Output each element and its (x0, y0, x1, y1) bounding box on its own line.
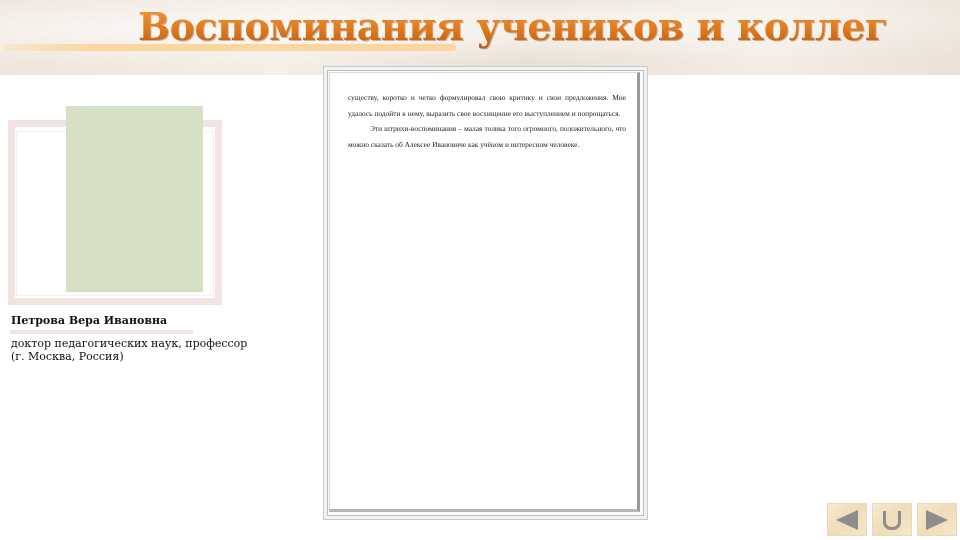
person-location: (г. Москва, Россия) (11, 350, 251, 363)
document-paragraph: Эти штрихи-воспоминания – малая толика т… (348, 121, 626, 152)
person-name: Петрова Вера Ивановна (11, 314, 167, 327)
person-description: доктор педагогических наук, профессор (г… (11, 337, 251, 363)
document-paragraph: существу, коротко и четко формулировал с… (348, 90, 626, 121)
person-photo (66, 106, 203, 292)
name-underline (10, 330, 193, 334)
triangle-right-icon (926, 510, 948, 530)
u-turn-icon (883, 511, 901, 530)
previous-button[interactable] (827, 503, 867, 536)
page-title: Воспоминания учеников и коллег (138, 4, 888, 49)
person-title: доктор педагогических наук, профессор (11, 337, 251, 350)
document-text: существу, коротко и четко формулировал с… (348, 90, 626, 152)
next-button[interactable] (917, 503, 957, 536)
triangle-left-icon (836, 510, 858, 530)
return-button[interactable] (872, 503, 912, 536)
